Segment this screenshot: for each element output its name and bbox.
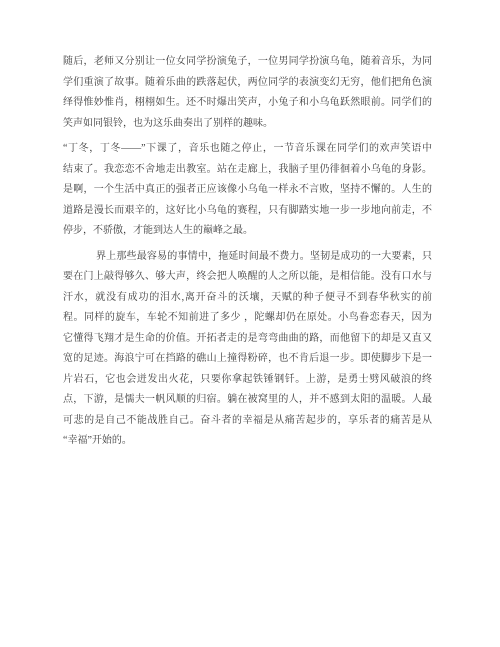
text-line: 是啊，一个生活中真正的强者正应该像小乌龟一样永不言败，坚持不懈的。人生的 (63, 180, 432, 201)
text-line: 停步，不骄傲，才能到达人生的巅峰之最。 (63, 221, 432, 242)
text-line: 片岩石，它也会迸发出火花，只要你拿起铁锤钢钎。上游，是勇士劈风破浪的终 (63, 370, 432, 391)
text-line: 道路是漫长而艰辛的，这好比小乌龟的赛程，只有脚踏实地一步一步地向前走，不 (63, 201, 432, 222)
text-line: 学们重演了故事。随着乐曲的跌落起伏，两位同学的表演变幻无穷，他们把角色演 (63, 73, 432, 94)
text-line: 要在门上敲得够久、够大声，终会把人唤醒的人之所以能，是相信能。没有口水与 (63, 267, 432, 288)
text-line: 可悲的是自己不能战胜自己。奋斗者的幸福是从痛苦起步的，享乐者的痛苦是从 (63, 411, 432, 432)
text-line: “丁冬，丁冬——”下课了，音乐也随之停止，一节音乐课在同学们的欢声笑语中 (63, 139, 432, 160)
text-line: 程。同样的旋车，车轮不知前进了多少 ，陀螺却仍在原处。小鸟眷恋春天，因为 (63, 308, 432, 329)
text-line: 它懂得飞翔才是生命的价值。开拓者走的是弯弯曲曲的路，而他留下的却是又直又 (63, 329, 432, 350)
text-line: 笑声如同银铃，也为这乐曲奏出了别样的趣味。 (63, 114, 432, 135)
document-page: 随后，老师又分别让一位女同学扮演兔子，一位男同学扮演乌龟，随着音乐，为同 学们重… (0, 0, 500, 647)
text-line: 结束了。我恋恋不舍地走出教室。站在走廊上，我脑子里仍徘徊着小乌龟的身影。 (63, 160, 432, 181)
text-line: “幸福”开始的。 (63, 431, 432, 452)
paragraph-2: “丁冬，丁冬——”下课了，音乐也随之停止，一节音乐课在同学们的欢声笑语中 结束了… (63, 139, 432, 242)
text-line: 汗水，就没有成功的泪水,离开奋斗的沃壤，天赋的种子便寻不到春华秋实的前 (63, 288, 432, 309)
paragraph-1: 随后，老师又分别让一位女同学扮演兔子，一位男同学扮演乌龟，随着音乐，为同 学们重… (63, 52, 432, 134)
text-line: 宽的足迹。海浪宁可在挡路的礁山上撞得粉碎，也不肯后退一步。即使脚步下是一 (63, 349, 432, 370)
document-text-block: 随后，老师又分别让一位女同学扮演兔子，一位男同学扮演乌龟，随着音乐，为同 学们重… (63, 52, 432, 457)
text-line: 绎得惟妙惟肖，栩栩如生。还不时爆出笑声，小兔子和小乌龟跃然眼前。同学们的 (63, 93, 432, 114)
paragraph-3: 界上那些最容易的事情中，拖延时间最不费力。坚韧是成功的一大要素，只 要在门上敲得… (63, 247, 432, 452)
text-line: 界上那些最容易的事情中，拖延时间最不费力。坚韧是成功的一大要素，只 (63, 247, 432, 268)
text-line: 点，下游，是懦夫一帆风顺的归宿。躺在被窝里的人，并不感到太阳的温暖。人最 (63, 390, 432, 411)
text-line: 随后，老师又分别让一位女同学扮演兔子，一位男同学扮演乌龟，随着音乐，为同 (63, 52, 432, 73)
